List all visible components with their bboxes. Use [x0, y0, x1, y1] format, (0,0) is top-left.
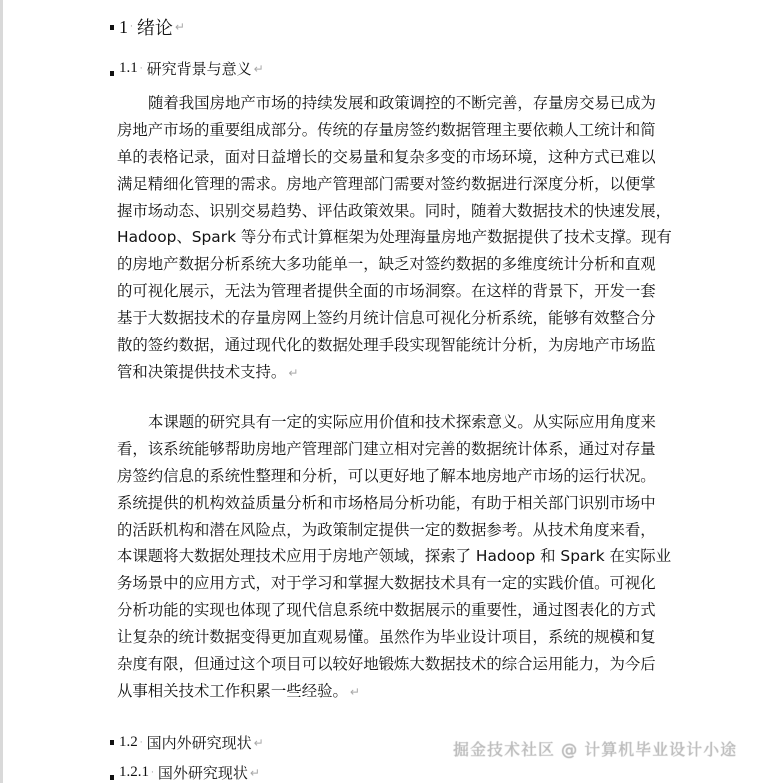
tab-marker: ·	[140, 738, 143, 748]
text-line: 的房地产数据分析系统大多功能单一，缺乏对签约数据的多维度统计分析和直观	[117, 251, 677, 278]
text-line: 握市场动态、识别交易趋势、评估政策效果。同时，随着大数据技术的快速发展，	[117, 198, 677, 225]
heading-chapter-1[interactable]: 1 · 绪论 ↵	[110, 14, 185, 40]
paragraph-mark-icon: ↵	[250, 766, 260, 780]
text-line: 看，该系统能够帮助房地产管理部门建立相对完善的数据统计体系，通过对存量	[117, 436, 677, 463]
text-line: 本课题将大数据处理技术应用于房地产领域，探索了 Hadoop 和 Spark 在…	[117, 543, 677, 570]
heading-number: 1.2.1	[119, 764, 149, 781]
heading-section-1-2-1[interactable]: 1.2.1 · 国外研究现状 ↵	[110, 762, 260, 783]
paragraph-mark-icon: ↵	[254, 736, 264, 750]
paragraph-mark-icon: ↵	[175, 20, 185, 34]
text-line: 的可视化展示，无法为管理者提供全面的市场洞察。在这样的背景下，开发一套	[117, 278, 677, 305]
heading-title: 国外研究现状	[158, 762, 248, 783]
list-bullet-icon	[110, 71, 114, 76]
paragraph-mark-icon: ↵	[288, 366, 298, 380]
text-line: 散的签约数据，通过现代化的数据处理手段实现智能统计分析，为房地产市场监	[117, 332, 677, 359]
text-line-content: 管和决策提供技术支持。	[117, 363, 286, 381]
text-line: 房地产市场的重要组成部分。传统的存量房签约数据管理主要依赖人工统计和简	[117, 117, 677, 144]
text-line: 基于大数据技术的存量房网上签约月统计信息可视化分析系统，能够有效整合分	[117, 305, 677, 332]
text-line: 的活跃机构和潜在风险点，为政策制定提供一定的数据参考。从技术角度来看，	[117, 517, 677, 544]
text-line: 让复杂的统计数据变得更加直观易懂。虽然作为毕业设计项目，系统的规模和复	[117, 624, 677, 651]
heading-number: 1.1	[119, 60, 138, 77]
heading-title: 研究背景与意义	[147, 58, 252, 79]
text-line: 房签约信息的系统性整理和分析，可以更好地了解本地房地产市场的运行状况。	[117, 463, 677, 490]
text-line: 务场景中的应用方式，对于学习和掌握大数据技术具有一定的实践价值。可视化	[117, 570, 677, 597]
body-paragraph[interactable]: 随着我国房地产市场的持续发展和政策调控的不断完善，存量房交易已成为 房地产市场的…	[117, 90, 677, 386]
heading-number: 1	[119, 17, 128, 38]
document-page: 1 · 绪论 ↵ 1.1 · 研究背景与意义 ↵ 随着我国房地产市场的持续发展和…	[0, 0, 777, 783]
text-line: 随着我国房地产市场的持续发展和政策调控的不断完善，存量房交易已成为	[117, 90, 677, 117]
heading-number: 1.2	[119, 734, 138, 751]
heading-title: 绪论	[137, 14, 173, 40]
heading-section-1-2[interactable]: 1.2 · 国内外研究现状 ↵	[110, 732, 264, 753]
text-line: 分析功能的实现也体现了现代信息系统中数据展示的重要性，通过图表化的方式	[117, 597, 677, 624]
text-line: 本课题的研究具有一定的实际应用价值和技术探索意义。从实际应用角度来	[117, 409, 677, 436]
text-line-last: 从事相关技术工作积累一些经验。↵	[117, 678, 677, 705]
text-line: 系统提供的机构效益质量分析和市场格局分析功能，有助于相关部门识别市场中	[117, 490, 677, 517]
text-line: 满足精细化管理的需求。房地产管理部门需要对签约数据进行深度分析，以便掌	[117, 171, 677, 198]
body-paragraph[interactable]: 本课题的研究具有一定的实际应用价值和技术探索意义。从实际应用角度来 看，该系统能…	[117, 409, 677, 705]
list-bullet-icon	[110, 740, 114, 745]
text-line: 杂度有限，但通过这个项目可以较好地锻炼大数据技术的综合运用能力，为今后	[117, 651, 677, 678]
heading-title: 国内外研究现状	[147, 732, 252, 753]
watermark: 掘金技术社区 @ 计算机毕业设计小途	[453, 737, 737, 760]
tab-marker: ·	[151, 768, 154, 778]
list-bullet-icon	[110, 775, 114, 780]
paragraph-mark-icon: ↵	[254, 62, 264, 76]
paragraph-mark-icon: ↵	[350, 685, 360, 699]
text-line: 单的表格记录，面对日益增长的交易量和复杂多变的市场环境，这种方式已难以	[117, 144, 677, 171]
heading-section-1-1[interactable]: 1.1 · 研究背景与意义 ↵	[110, 58, 264, 79]
text-line-content: 从事相关技术工作积累一些经验。	[117, 682, 348, 700]
tab-marker: ·	[130, 22, 133, 32]
text-line: Hadoop、Spark 等分布式计算框架为处理海量房地产数据提供了技术支撑。现…	[117, 224, 677, 251]
list-bullet-icon	[110, 25, 114, 30]
text-line-last: 管和决策提供技术支持。↵	[117, 359, 677, 386]
tab-marker: ·	[140, 64, 143, 74]
